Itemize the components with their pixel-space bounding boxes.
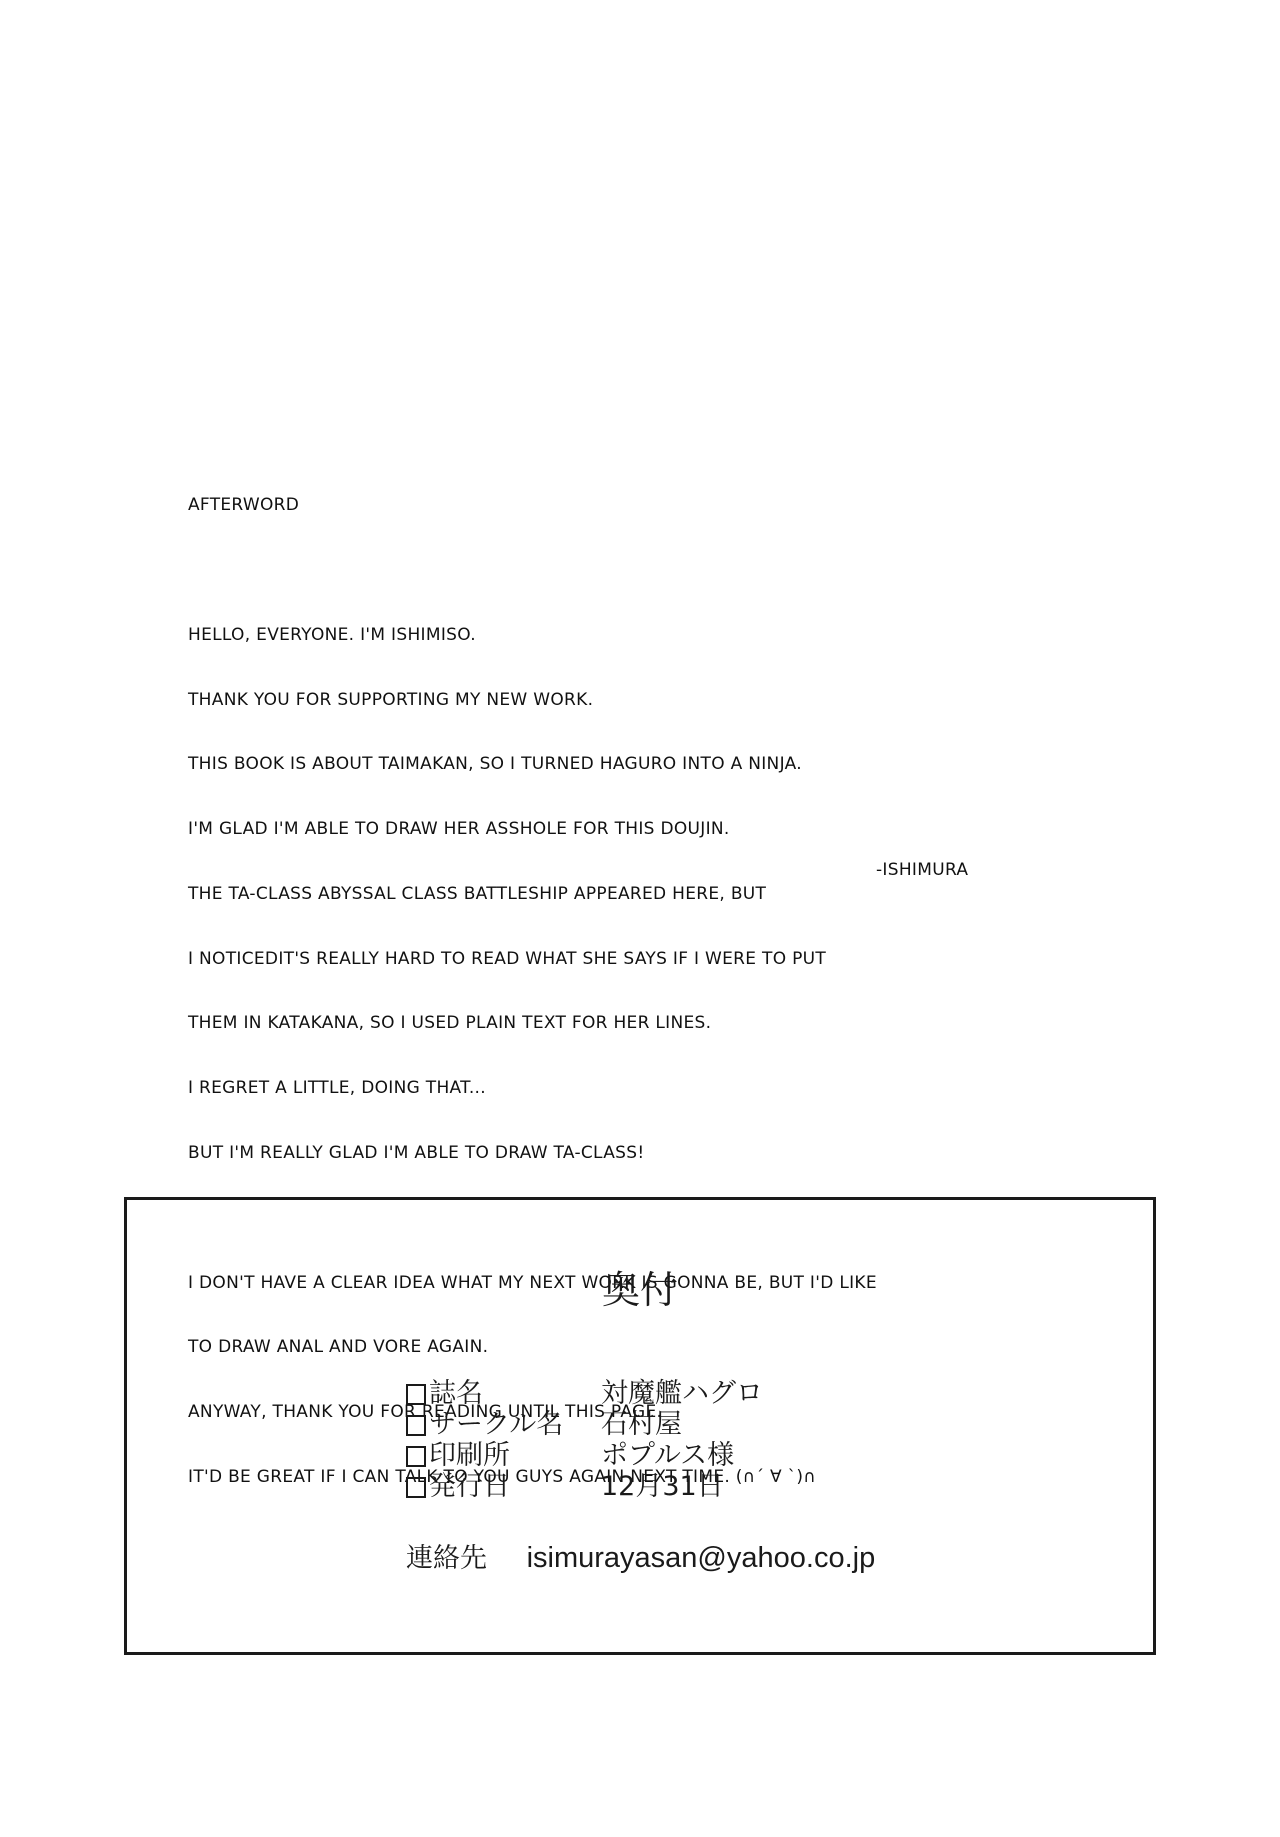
colophon-row-circle: サークル名 石村屋 [406, 1409, 763, 1440]
row-label: サークル名 [429, 1409, 601, 1440]
colophon-row-printer: 印刷所 ポプルス様 [406, 1440, 763, 1471]
afterword-line: THIS BOOK IS ABOUT TAIMAKAN, SO I TURNED… [188, 754, 877, 776]
afterword-line: BUT I'M REALLY GLAD I'M ABLE TO DRAW TA-… [188, 1143, 877, 1165]
colophon-row-date: 発行日 12月31日 [406, 1471, 763, 1502]
afterword-line: HELLO, EVERYONE. I'M ISHIMISO. [188, 625, 877, 647]
afterword-heading: AFTERWORD [188, 495, 877, 517]
colophon-title: 奥付 [0, 1266, 1280, 1314]
afterword-line: THE TA-CLASS ABYSSAL CLASS BATTLESHIP AP… [188, 884, 877, 906]
contact-email: isimurayasan@yahoo.co.jp [527, 1542, 876, 1574]
row-label: 誌名 [429, 1378, 601, 1409]
row-label: 発行日 [429, 1471, 601, 1502]
row-value: ポプルス様 [601, 1440, 734, 1471]
author-signature: -ISHIMURA [876, 860, 968, 880]
checkbox-icon [406, 1415, 426, 1436]
afterword-line: THEM IN KATAKANA, SO I USED PLAIN TEXT F… [188, 1013, 877, 1035]
checkbox-icon [406, 1446, 426, 1467]
checkbox-icon [406, 1477, 426, 1498]
afterword-line: I'M GLAD I'M ABLE TO DRAW HER ASSHOLE FO… [188, 819, 877, 841]
paragraph-gap [188, 560, 877, 582]
row-value: 石村屋 [601, 1409, 682, 1440]
colophon-row-title: 誌名 対魔艦ハグロ [406, 1378, 763, 1409]
checkbox-icon [406, 1384, 426, 1405]
contact-line: 連絡先 isimurayasan@yahoo.co.jp [406, 1538, 875, 1579]
row-value: 12月31日 [601, 1471, 724, 1502]
row-label: 印刷所 [429, 1440, 601, 1471]
contact-label: 連絡先 [406, 1539, 518, 1579]
afterword-line: THANK YOU FOR SUPPORTING MY NEW WORK. [188, 690, 877, 712]
colophon-details: 誌名 対魔艦ハグロ サークル名 石村屋 印刷所 ポプルス様 発行日 12月31日 [406, 1378, 763, 1502]
row-value: 対魔艦ハグロ [601, 1378, 763, 1409]
afterword-line: I NOTICEDIT'S REALLY HARD TO READ WHAT S… [188, 949, 877, 971]
afterword-line: I REGRET A LITTLE, DOING THAT... [188, 1078, 877, 1100]
